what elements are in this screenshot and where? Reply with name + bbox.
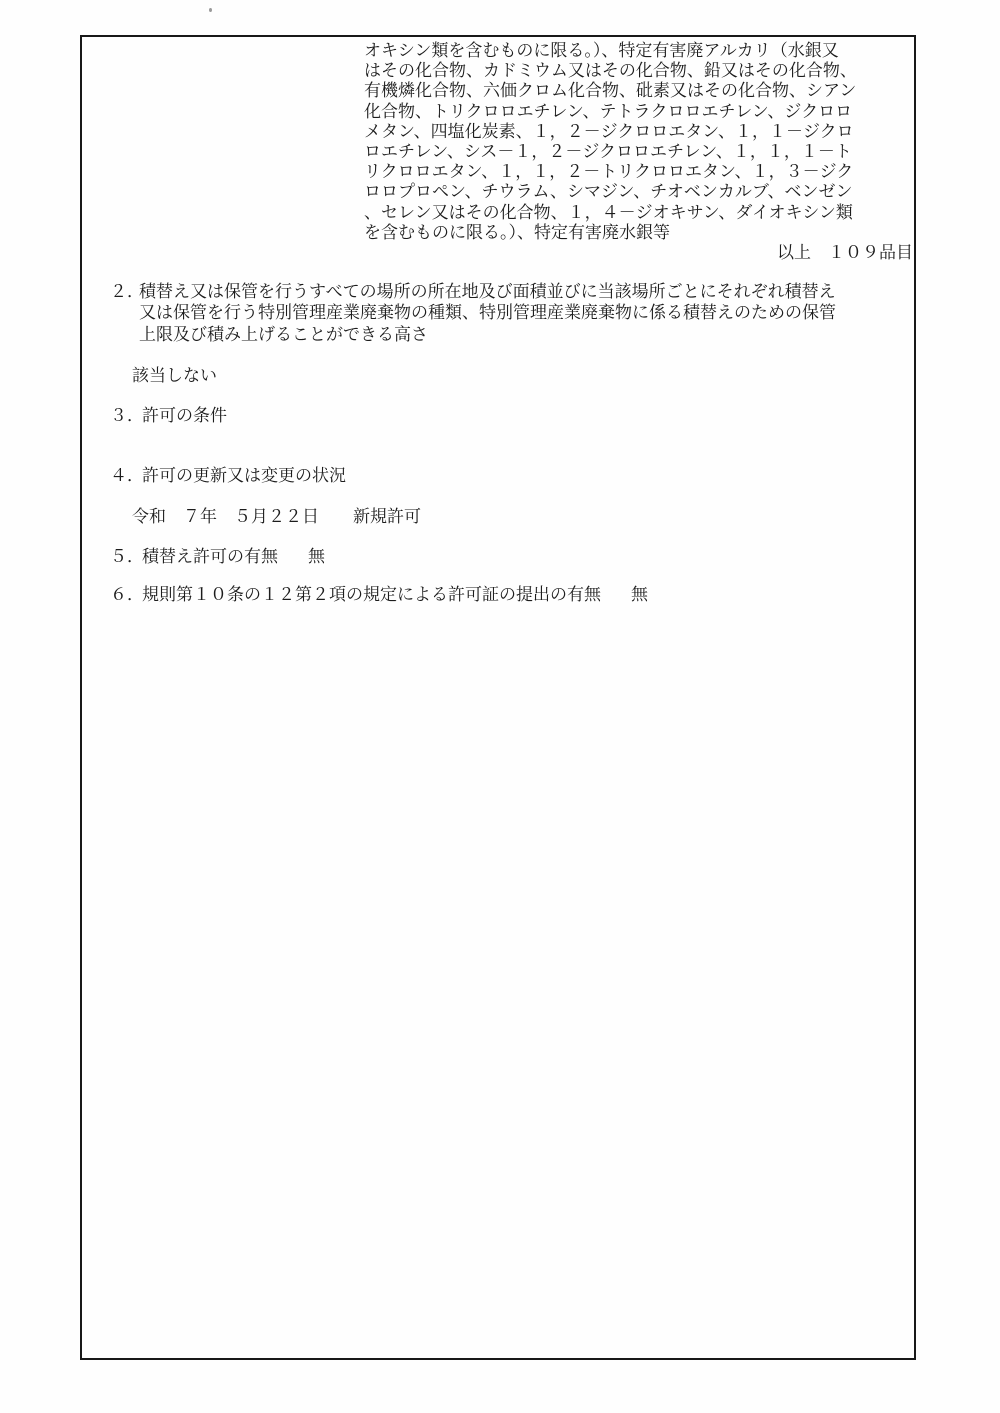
text-line: 積替え又は保管を行うすべての場所の所在地及び面積並びに当該場所ごとにそれぞれ積替… bbox=[139, 281, 836, 302]
section-6-certificate-submission: ６．規則第１０条の１２第２項の規定による許可証の提出の有無無 bbox=[110, 580, 648, 605]
section-5-transfer-permit: ５．積替え許可の有無無 bbox=[110, 542, 325, 567]
text-line: 又は保管を行う特別管理産業廃棄物の種類、特別管理産業廃棄物に係る積替えのための保… bbox=[139, 302, 836, 323]
text-line: リクロロエタン、１，１，２－トリクロロエタン、１，３－ジク bbox=[364, 162, 879, 182]
text-line: はその化合物、カドミウム又はその化合物、鉛又はその化合物、 bbox=[364, 61, 879, 81]
section-3-permit-conditions: ３．許可の条件 bbox=[110, 401, 227, 426]
text-line: 化合物、トリクロロエチレン、テトラクロロエチレン、ジクロロ bbox=[364, 102, 879, 122]
section-2-answer: 該当しない bbox=[132, 361, 217, 386]
scanned-document-page: オキシン類を含むものに限る。）、特定有害廃アルカリ（水銀又 はその化合物、カドミ… bbox=[0, 0, 1000, 1413]
text-line: オキシン類を含むものに限る。）、特定有害廃アルカリ（水銀又 bbox=[364, 41, 879, 61]
section-2-number: ２． bbox=[110, 281, 139, 302]
section-4-permit-date-detail: 令和 ７年 ５月２２日 新規許可 bbox=[132, 502, 421, 527]
section-5-number: ５． bbox=[110, 542, 142, 567]
section-4-number: ４． bbox=[110, 461, 142, 486]
section-4-title: 許可の更新又は変更の状況 bbox=[142, 466, 346, 485]
scan-artifact-dot bbox=[209, 8, 212, 12]
section-2-text: 積替え又は保管を行うすべての場所の所在地及び面積並びに当該場所ごとにそれぞれ積替… bbox=[139, 281, 836, 345]
text-line: 上限及び積み上げることができる高さ bbox=[139, 324, 836, 345]
text-line: 有機燐化合物、六価クロム化合物、砒素又はその化合物、シアン bbox=[364, 81, 879, 101]
text-line: メタン、四塩化炭素、１，２－ジクロロエタン、１，１－ジクロ bbox=[364, 122, 879, 142]
waste-types-continuation-text: オキシン類を含むものに限る。）、特定有害廃アルカリ（水銀又 はその化合物、カドミ… bbox=[364, 41, 879, 243]
section-6-number: ６． bbox=[110, 580, 142, 605]
document-border-frame: オキシン類を含むものに限る。）、特定有害廃アルカリ（水銀又 はその化合物、カドミ… bbox=[80, 35, 916, 1360]
section-5-title: 積替え許可の有無 bbox=[142, 547, 278, 566]
section-3-title: 許可の条件 bbox=[142, 406, 227, 425]
section-6-value: 無 bbox=[631, 585, 648, 604]
section-6-title: 規則第１０条の１２第２項の規定による許可証の提出の有無 bbox=[142, 585, 601, 604]
total-items-label: 以上 １０９品目 bbox=[777, 238, 913, 263]
text-line: ロエチレン、シス－１，２－ジクロロエチレン、１，１，１－ト bbox=[364, 142, 879, 162]
section-2-transfer-storage: ２． 積替え又は保管を行うすべての場所の所在地及び面積並びに当該場所ごとにそれぞ… bbox=[110, 281, 836, 345]
section-3-number: ３． bbox=[110, 401, 142, 426]
section-5-value: 無 bbox=[308, 547, 325, 566]
text-line: 、セレン又はその化合物、１，４－ジオキサン、ダイオキシン類 bbox=[364, 203, 879, 223]
section-4-renewal-status: ４．許可の更新又は変更の状況 bbox=[110, 461, 346, 486]
text-line: ロロプロペン、チウラム、シマジン、チオベンカルブ、ベンゼン bbox=[364, 182, 879, 202]
